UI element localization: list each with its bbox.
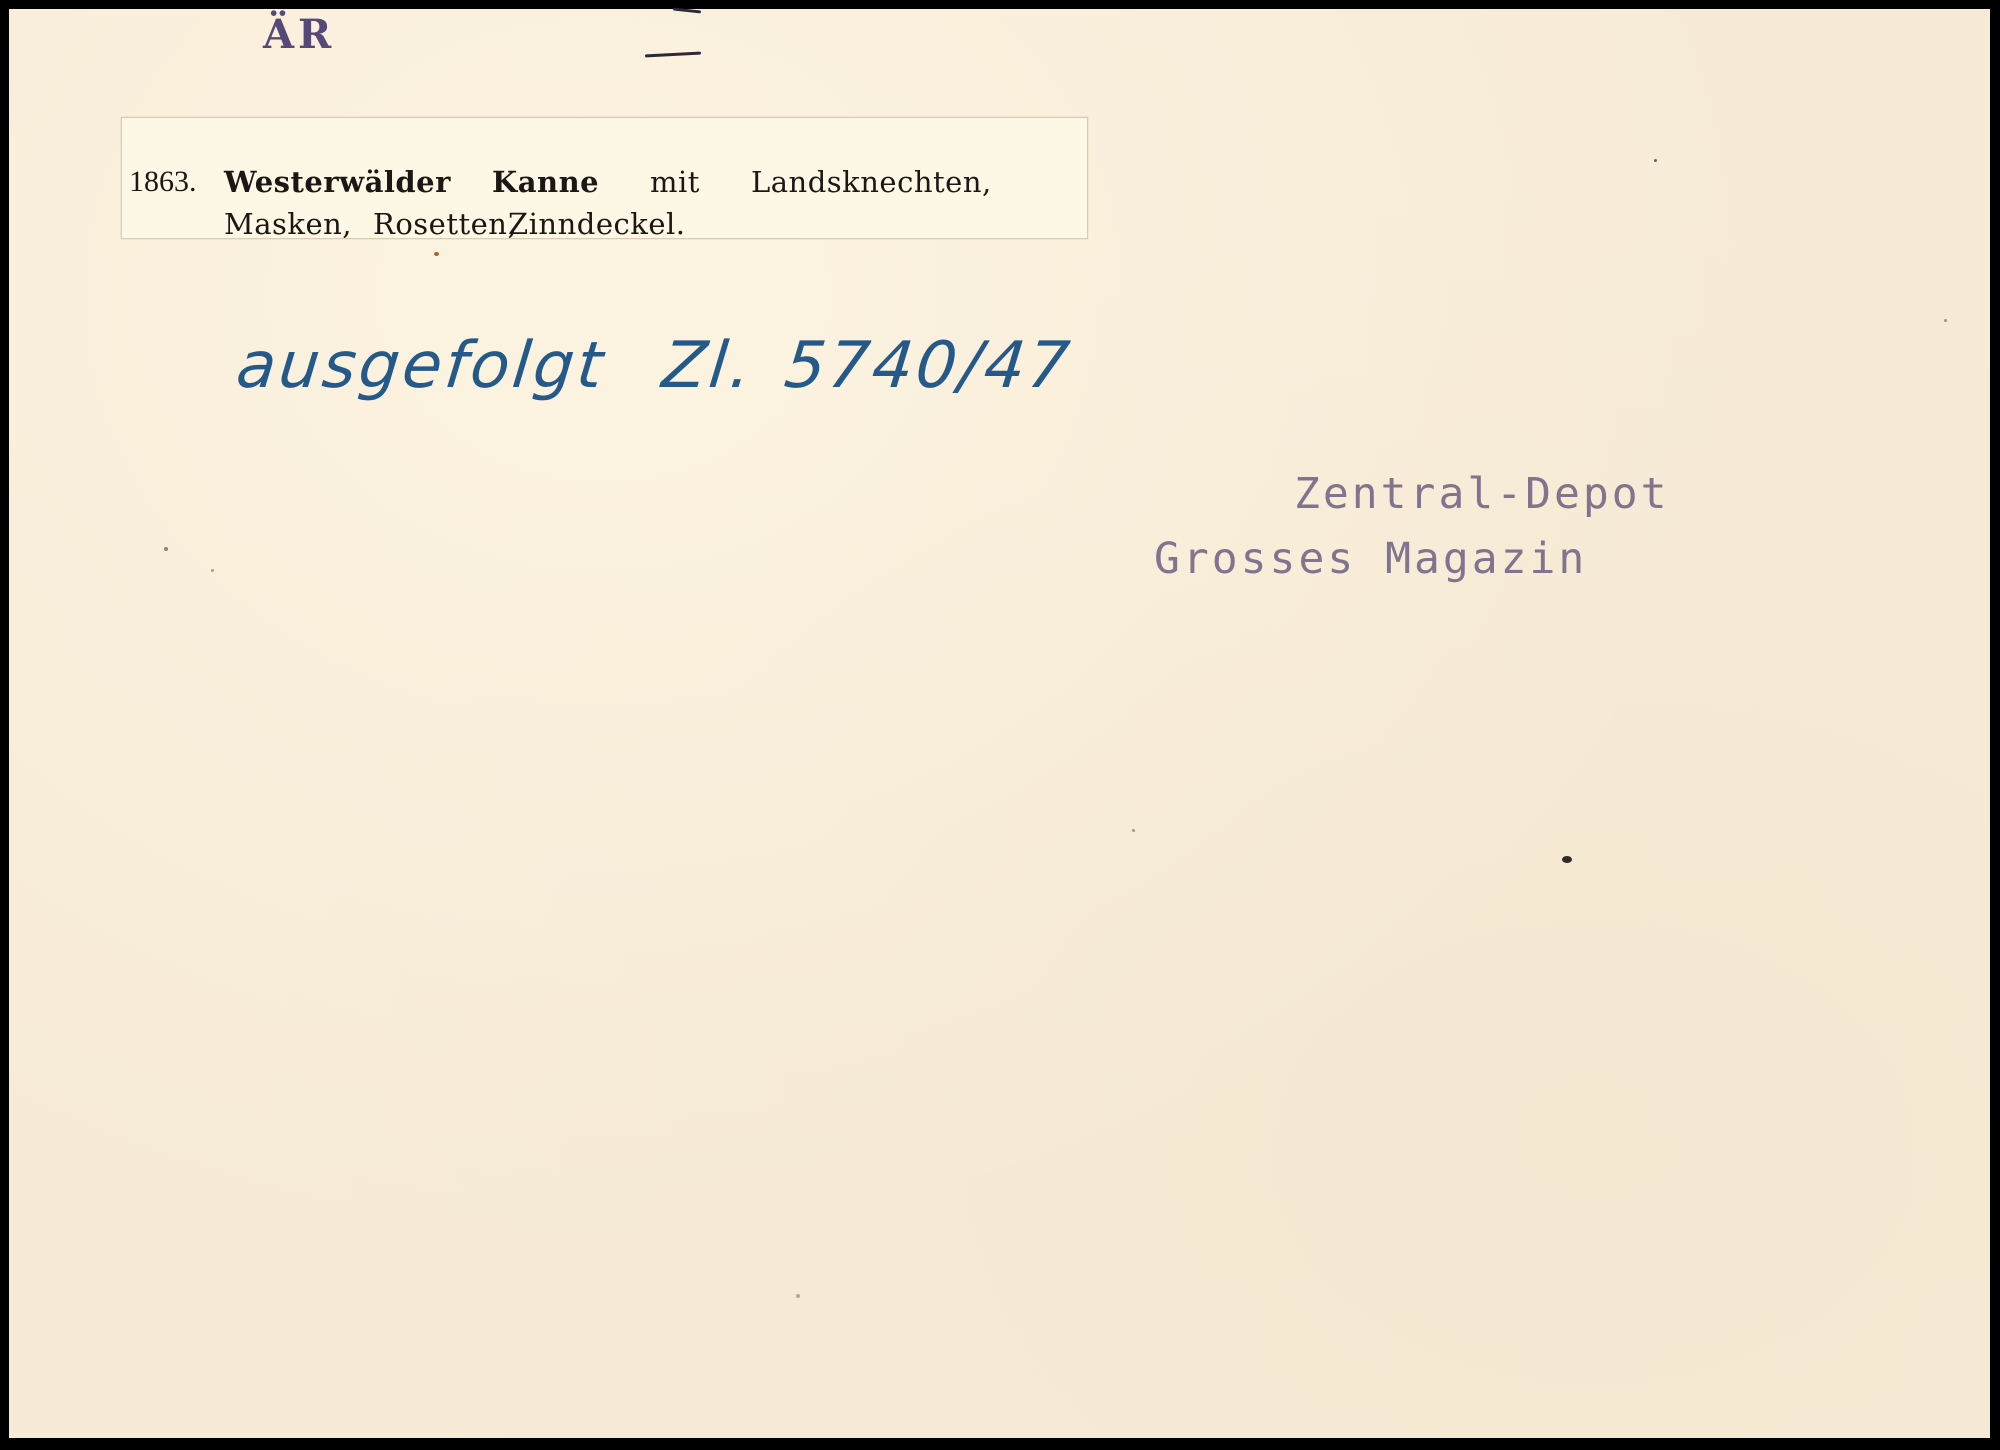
depot-stamp-line-1: Zentral-Depot [1294,469,1670,519]
paper-speck [1132,829,1135,832]
paper-speck [796,1294,800,1298]
catalog-number: 1863. [129,166,197,198]
label-line-2: Masken, Rosetten, Zinndeckel. [122,208,1087,242]
handwritten-word: Zl. [659,329,758,403]
handwritten-word: ausgefolgt [233,329,609,403]
paper-speck [211,569,214,572]
handwritten-word: 5740/47 [781,329,1076,403]
paper-speck [434,252,439,256]
label-word: Landsknechten, [751,166,992,198]
paper-speck [1562,856,1572,863]
top-stamp-mark: ÄR [263,15,335,55]
paper-speck [1944,319,1947,322]
printed-label-slip: 1863. Westerwälder Kanne mit Landsknecht… [121,117,1088,239]
inventory-card: ÄR 1863. Westerwälder Kanne mit Landskne… [9,9,1990,1438]
label-word: Rosetten, [373,208,517,240]
depot-stamp-line-2: Grosses Magazin [1154,534,1587,584]
handwritten-note: ausgefolgt Zl. 5740/47 [233,329,1110,403]
label-word: Kanne [492,166,599,198]
label-word: mit [650,166,700,198]
label-word: Westerwälder [224,166,451,198]
paper-speck [1654,159,1657,162]
pen-mark-dash [645,52,701,58]
label-word: Zinndeckel. [508,208,685,240]
label-word: Masken, [224,208,352,240]
pen-mark-top-edge [673,8,701,14]
paper-speck [164,547,168,551]
label-line-1: 1863. Westerwälder Kanne mit Landsknecht… [122,166,1087,200]
